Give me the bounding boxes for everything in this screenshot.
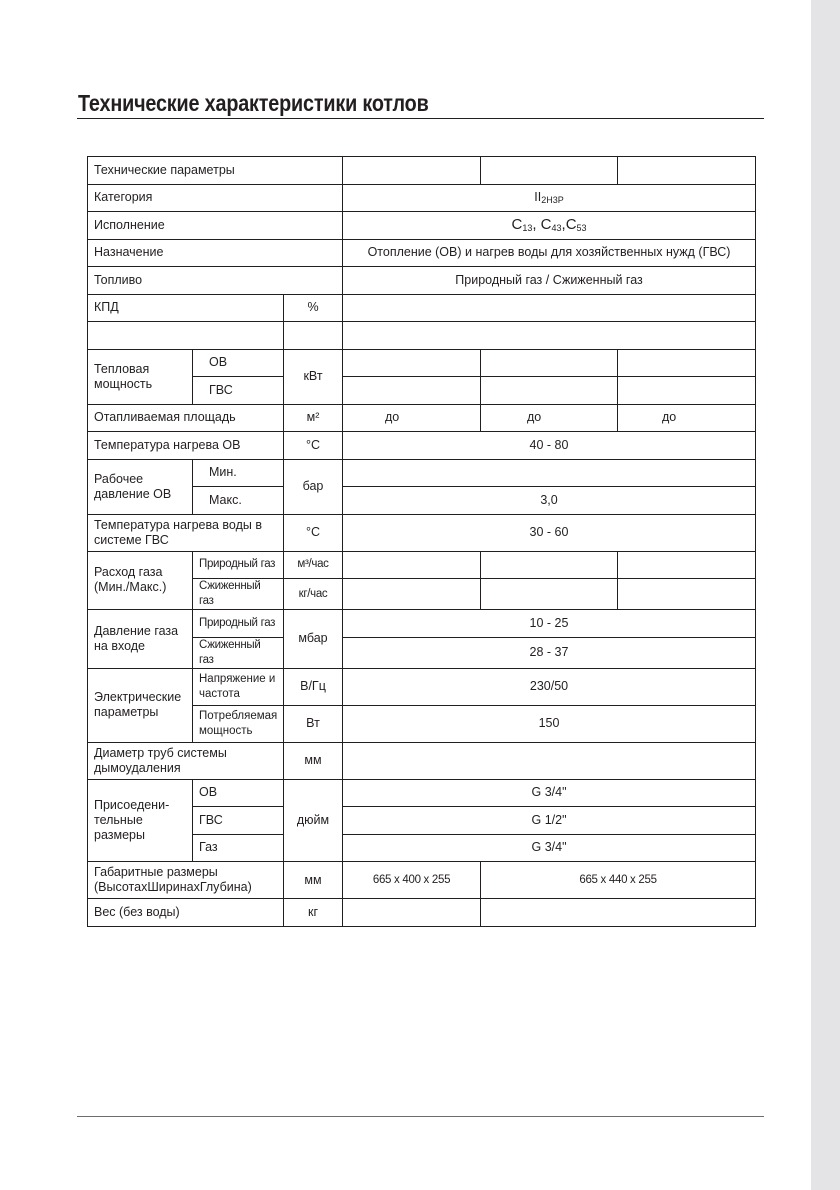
connections-sub: ГВС xyxy=(193,807,284,835)
exec-c: C xyxy=(541,216,552,233)
table-row: Назначение Отопление (ОВ) и нагрев воды … xyxy=(88,239,756,267)
thermal-power-sub: ОВ xyxy=(193,349,284,377)
weight-label: Вес (без воды) xyxy=(88,899,284,927)
table-row: Рабочее давление ОВ Мин. бар xyxy=(88,459,756,487)
gas-consumption-value xyxy=(481,551,618,579)
table-row: Давление газа на входе Природный газ мба… xyxy=(88,610,756,638)
table-row: Топливо Природный газ / Сжиженный газ xyxy=(88,267,756,295)
thermal-power-value xyxy=(481,349,618,377)
dhw-temp-value: 30 - 60 xyxy=(343,514,756,551)
exec-c: C xyxy=(511,216,522,233)
table-row: Исполнение C13, C43,C53 xyxy=(88,212,756,240)
connections-sub: Газ xyxy=(193,834,284,862)
connections-value: G 3/4" xyxy=(343,834,756,862)
gas-pressure-value: 28 - 37 xyxy=(343,637,756,668)
efficiency-value xyxy=(343,294,756,322)
thermal-power-value xyxy=(343,377,481,405)
execution-label: Исполнение xyxy=(88,212,343,240)
thermal-power-sub: ГВС xyxy=(193,377,284,405)
gas-pressure-unit: мбар xyxy=(284,610,343,669)
title-underline xyxy=(77,118,764,119)
connections-sub: ОВ xyxy=(193,779,284,807)
connections-value: G 3/4" xyxy=(343,779,756,807)
dimensions-unit: мм xyxy=(284,862,343,899)
footer-divider xyxy=(77,1116,764,1117)
gas-consumption-value xyxy=(618,579,756,610)
execution-value: C13, C43,C53 xyxy=(343,212,756,240)
table-row: Отапливаемая площадь м² до до до xyxy=(88,404,756,432)
dhw-temp-label: Температура нагрева воды в системе ГВС xyxy=(88,514,284,551)
electrical-value: 230/50 xyxy=(343,668,756,705)
blank-value xyxy=(343,322,756,350)
thermal-power-label: Тепловая мощность xyxy=(88,349,193,404)
gas-consumption-value xyxy=(343,579,481,610)
gas-pressure-value: 10 - 25 xyxy=(343,610,756,638)
dimensions-value: 665 x 440 x 255 xyxy=(481,862,756,899)
dimensions-label: Габаритные размеры (ВысотаxШиринаxГлубин… xyxy=(88,862,284,899)
table-row: Электрические параметры Напряжение и час… xyxy=(88,668,756,705)
gas-consumption-unit: кг/час xyxy=(284,579,343,610)
gas-consumption-label: Расход газа (Мин./Макс.) xyxy=(88,551,193,610)
working-pressure-unit: бар xyxy=(284,459,343,514)
weight-value xyxy=(481,899,756,927)
model-1 xyxy=(343,157,481,185)
thermal-power-unit: кВт xyxy=(284,349,343,404)
electrical-value: 150 xyxy=(343,705,756,742)
gas-pressure-sub: Сжиженный газ xyxy=(193,637,284,668)
fuel-label: Топливо xyxy=(88,267,343,295)
connections-unit: дюйм xyxy=(284,779,343,862)
weight-value xyxy=(343,899,481,927)
table-row: Вес (без воды) кг xyxy=(88,899,756,927)
page-edge-strip xyxy=(811,0,840,1190)
gas-consumption-value xyxy=(481,579,618,610)
thermal-power-value xyxy=(618,377,756,405)
heated-area-value: до xyxy=(481,404,618,432)
exec-sub: 43 xyxy=(552,223,562,233)
table-row: Расход газа (Мин./Макс.) Природный газ м… xyxy=(88,551,756,579)
category-value: II2H3P xyxy=(343,184,756,212)
gas-consumption-unit: м³/час xyxy=(284,551,343,579)
connections-label: Присоедени- тельные размеры xyxy=(88,779,193,862)
connections-value: G 1/2" xyxy=(343,807,756,835)
thermal-power-value xyxy=(343,349,481,377)
thermal-power-value xyxy=(481,377,618,405)
exec-sub: 53 xyxy=(577,223,587,233)
gas-consumption-sub: Природный газ xyxy=(193,551,284,579)
flue-diameter-value xyxy=(343,742,756,779)
electrical-sub: Потребляемая мощность xyxy=(193,705,284,742)
table-row: Габаритные размеры (ВысотаxШиринаxГлубин… xyxy=(88,862,756,899)
flue-diameter-label: Диаметр труб системы дымоудаления xyxy=(88,742,284,779)
table-row: Температура нагрева воды в системе ГВС °… xyxy=(88,514,756,551)
weight-unit: кг xyxy=(284,899,343,927)
category-label: Категория xyxy=(88,184,343,212)
heating-temp-unit: °С xyxy=(284,432,343,460)
exec-sep: , xyxy=(532,216,540,233)
blank-unit xyxy=(284,322,343,350)
table-row xyxy=(88,322,756,350)
working-pressure-sub: Макс. xyxy=(193,487,284,515)
electrical-sub: Напряжение и частота xyxy=(193,668,284,705)
working-pressure-label: Рабочее давление ОВ xyxy=(88,459,193,514)
electrical-unit: В/Гц xyxy=(284,668,343,705)
table-row: Диаметр труб системы дымоудаления мм xyxy=(88,742,756,779)
table-row: Температура нагрева ОВ °С 40 - 80 xyxy=(88,432,756,460)
gas-pressure-sub: Природный газ xyxy=(193,610,284,638)
gas-pressure-label: Давление газа на входе xyxy=(88,610,193,669)
working-pressure-value: 3,0 xyxy=(343,487,756,515)
category-sub: 2H3P xyxy=(541,195,564,205)
table-row: КПД % xyxy=(88,294,756,322)
working-pressure-sub: Мин. xyxy=(193,459,284,487)
table-row: Технические параметры xyxy=(88,157,756,185)
heated-area-value: до xyxy=(343,404,481,432)
electrical-label: Электрические параметры xyxy=(88,668,193,742)
heating-temp-label: Температура нагрева ОВ xyxy=(88,432,284,460)
page-title: Технические характеристики котлов xyxy=(78,90,429,117)
header-label: Технические параметры xyxy=(88,157,343,185)
efficiency-label: КПД xyxy=(88,294,284,322)
electrical-unit: Вт xyxy=(284,705,343,742)
dimensions-value: 665 x 400 x 255 xyxy=(343,862,481,899)
gas-consumption-sub: Сжиженный газ xyxy=(193,579,284,610)
thermal-power-value xyxy=(618,349,756,377)
gas-consumption-value xyxy=(618,551,756,579)
table-row: Тепловая мощность ОВ кВт xyxy=(88,349,756,377)
gas-consumption-value xyxy=(343,551,481,579)
exec-c: C xyxy=(566,216,577,233)
fuel-value: Природный газ / Сжиженный газ xyxy=(343,267,756,295)
blank-label xyxy=(88,322,284,350)
table-row: Присоедени- тельные размеры ОВ дюйм G 3/… xyxy=(88,779,756,807)
efficiency-unit: % xyxy=(284,294,343,322)
model-3 xyxy=(618,157,756,185)
heated-area-label: Отапливаемая площадь xyxy=(88,404,284,432)
table-row: Категория II2H3P xyxy=(88,184,756,212)
flue-diameter-unit: мм xyxy=(284,742,343,779)
purpose-value: Отопление (ОВ) и нагрев воды для хозяйст… xyxy=(343,239,756,267)
exec-sub: 13 xyxy=(522,223,532,233)
heated-area-value: до xyxy=(618,404,756,432)
model-2 xyxy=(481,157,618,185)
dhw-temp-unit: °С xyxy=(284,514,343,551)
working-pressure-value xyxy=(343,459,756,487)
spec-table: Технические параметры Категория II2H3P И… xyxy=(87,156,756,927)
heating-temp-value: 40 - 80 xyxy=(343,432,756,460)
heated-area-unit: м² xyxy=(284,404,343,432)
purpose-label: Назначение xyxy=(88,239,343,267)
